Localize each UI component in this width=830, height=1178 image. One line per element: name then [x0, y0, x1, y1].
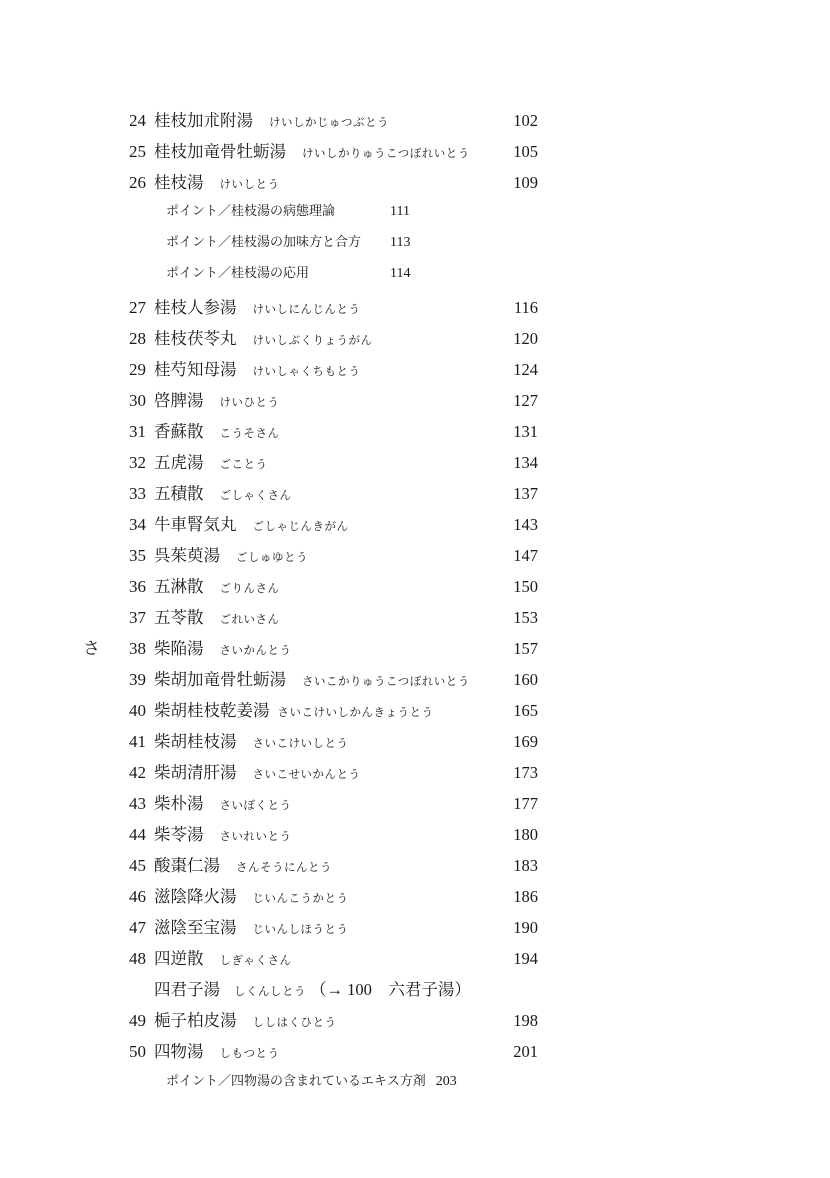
entry-reading: じいんこうかとう — [253, 891, 349, 905]
entry-page: 183 — [513, 852, 538, 880]
toc-entry[interactable]: 25 桂枝加竜骨牡蛎湯けいしかりゅうこつぼれいとう 105 — [0, 138, 830, 166]
entry-reading: さいこかりゅうこつぼれいとう — [302, 674, 470, 688]
subentry-label: ポイント／桂枝湯の加味方と合方 — [166, 229, 361, 257]
entry-name: 滋陰至宝湯じいんしほうとう — [154, 914, 349, 943]
entry-reading: ごしゃじんきがん — [253, 519, 349, 533]
entry-name: 五積散ごしゃくさん — [154, 480, 292, 509]
entry-name: 五虎湯ごことう — [154, 449, 268, 478]
subentry-label: ポイント／四物湯の含まれているエキス方剤203 — [166, 1068, 457, 1096]
toc-entry[interactable]: 45 酸棗仁湯さんそうにんとう 183 — [0, 852, 830, 880]
entry-page: 147 — [513, 542, 538, 570]
subentry-page: 203 — [436, 1074, 457, 1089]
entry-name: 滋陰降火湯じいんこうかとう — [154, 883, 349, 912]
entry-name: 酸棗仁湯さんそうにんとう — [154, 852, 332, 881]
entry-number: 31 — [118, 418, 146, 446]
toc-entry[interactable]: 32 五虎湯ごことう 134 — [0, 449, 830, 477]
entry-page: 120 — [513, 325, 538, 353]
entry-number: 33 — [118, 480, 146, 508]
entry-name: 桂枝茯苓丸けいしぶくりょうがん — [154, 325, 373, 354]
entry-number: 40 — [118, 697, 146, 725]
toc-subentry[interactable]: ポイント／桂枝湯の応用 114 — [0, 260, 830, 288]
entry-page: 180 — [513, 821, 538, 849]
entry-reading: しぎゃくさん — [220, 953, 292, 967]
entry-name: 柴胡加竜骨牡蛎湯さいこかりゅうこつぼれいとう — [154, 666, 470, 695]
entry-page: 198 — [513, 1007, 538, 1035]
entry-number: 37 — [118, 604, 146, 632]
entry-name: 桂枝人参湯けいしにんじんとう — [154, 294, 361, 323]
toc-entry[interactable]: 50 四物湯しもつとう 201 — [0, 1038, 830, 1066]
entry-number: 29 — [118, 356, 146, 384]
entry-reading: けいしにんじんとう — [253, 302, 361, 316]
entry-number: 50 — [118, 1038, 146, 1066]
toc-entry[interactable]: 36 五淋散ごりんさん 150 — [0, 573, 830, 601]
entry-name: 五苓散ごれいさん — [154, 604, 280, 633]
entry-number: 35 — [118, 542, 146, 570]
toc-entry[interactable]: 35 呉茱萸湯ごしゅゆとう 147 — [0, 542, 830, 570]
entry-name: 柴苓湯さいれいとう — [154, 821, 292, 850]
xref-reading: しくんしとう — [234, 984, 306, 998]
entry-reading: さいこけいしかんきょうとう — [278, 705, 434, 719]
entry-reading: しもつとう — [220, 1046, 280, 1060]
toc-entry[interactable]: 30 啓脾湯けいひとう 127 — [0, 387, 830, 415]
entry-reading: さんそうにんとう — [236, 860, 332, 874]
entry-reading: さいこけいしとう — [253, 736, 349, 750]
entry-name: 桂芍知母湯けいしゃくちもとう — [154, 356, 361, 385]
entry-number: 46 — [118, 883, 146, 911]
entry-reading: ししはくひとう — [253, 1015, 337, 1029]
entry-page: 124 — [513, 356, 538, 384]
entry-name: 四物湯しもつとう — [154, 1038, 280, 1067]
entry-number: 28 — [118, 325, 146, 353]
entry-name: 桂枝湯けいしとう — [154, 169, 280, 198]
subentry-page: 113 — [390, 229, 410, 257]
toc-entry[interactable]: 40 柴胡桂枝乾姜湯さいこけいしかんきょうとう 165 — [0, 697, 830, 725]
entry-page: 165 — [513, 697, 538, 725]
entry-page: 160 — [513, 666, 538, 694]
cross-reference: 四君子湯しくんしとう（→ 100 六君子湯） — [154, 976, 471, 1005]
toc-entry[interactable]: 47 滋陰至宝湯じいんしほうとう 190 — [0, 914, 830, 942]
entry-page: 134 — [513, 449, 538, 477]
subentry-label: ポイント／桂枝湯の応用 — [166, 260, 309, 288]
entry-page: 102 — [513, 107, 538, 135]
entry-number: 43 — [118, 790, 146, 818]
entry-reading: けいしとう — [220, 177, 280, 191]
toc-entry[interactable]: 49 梔子柏皮湯ししはくひとう 198 — [0, 1007, 830, 1035]
entry-page: 127 — [513, 387, 538, 415]
toc-subentry[interactable]: ポイント／桂枝湯の病態理論 111 — [0, 198, 830, 226]
toc-subentry[interactable]: ポイント／四物湯の含まれているエキス方剤203 — [0, 1068, 830, 1096]
entry-reading: ごしゃくさん — [220, 488, 292, 502]
toc-entry[interactable]: 46 滋陰降火湯じいんこうかとう 186 — [0, 883, 830, 911]
toc-entry[interactable]: 37 五苓散ごれいさん 153 — [0, 604, 830, 632]
entry-page: 190 — [513, 914, 538, 942]
toc-entry[interactable]: 48 四逆散しぎゃくさん 194 — [0, 945, 830, 973]
entry-number: 42 — [118, 759, 146, 787]
entry-number: 36 — [118, 573, 146, 601]
entry-page: 157 — [513, 635, 538, 663]
toc-entry[interactable]: 41 柴胡桂枝湯さいこけいしとう 169 — [0, 728, 830, 756]
toc-entry[interactable]: 33 五積散ごしゃくさん 137 — [0, 480, 830, 508]
entry-name: 柴胡桂枝湯さいこけいしとう — [154, 728, 349, 757]
entry-page: 105 — [513, 138, 538, 166]
entry-name: 柴陥湯さいかんとう — [154, 635, 292, 664]
entry-reading: けいしかじゅつぶとう — [269, 115, 389, 129]
entry-page: 150 — [513, 573, 538, 601]
toc-entry[interactable]: 39 柴胡加竜骨牡蛎湯さいこかりゅうこつぼれいとう 160 — [0, 666, 830, 694]
entry-name: 梔子柏皮湯ししはくひとう — [154, 1007, 337, 1036]
toc-entry[interactable]: 42 柴胡清肝湯さいこせいかんとう 173 — [0, 759, 830, 787]
entry-number: 27 — [118, 294, 146, 322]
entry-name: 柴胡桂枝乾姜湯さいこけいしかんきょうとう — [154, 697, 434, 726]
entry-page: 169 — [513, 728, 538, 756]
entry-number: 48 — [118, 945, 146, 973]
entry-page: 173 — [513, 759, 538, 787]
entry-reading: さいれいとう — [220, 829, 292, 843]
entry-reading: けいひとう — [220, 395, 280, 409]
entry-reading: ごりんさん — [220, 581, 280, 595]
entry-page: 201 — [513, 1038, 538, 1066]
entry-reading: さいかんとう — [220, 643, 292, 657]
entry-number: 24 — [118, 107, 146, 135]
toc-entry[interactable]: 26 桂枝湯けいしとう 109 — [0, 169, 830, 197]
toc-entry[interactable]: 29 桂芍知母湯けいしゃくちもとう 124 — [0, 356, 830, 384]
entry-page: 116 — [514, 294, 538, 322]
entry-number: 25 — [118, 138, 146, 166]
entry-name: 呉茱萸湯ごしゅゆとう — [154, 542, 308, 571]
section-index-kana: さ — [83, 635, 100, 663]
entry-page: 143 — [513, 511, 538, 539]
toc-entry[interactable]: 27 桂枝人参湯けいしにんじんとう 116 — [0, 294, 830, 322]
entry-reading: ごしゅゆとう — [236, 550, 308, 564]
entry-reading: けいしぶくりょうがん — [253, 333, 373, 347]
entry-name: 啓脾湯けいひとう — [154, 387, 280, 416]
entry-number: 47 — [118, 914, 146, 942]
toc-entry[interactable]: 43 柴朴湯さいぼくとう 177 — [0, 790, 830, 818]
entry-reading: さいぼくとう — [220, 798, 292, 812]
subentry-label: ポイント／桂枝湯の病態理論 — [166, 198, 335, 226]
subentry-page: 114 — [390, 260, 410, 288]
toc-entry[interactable]: 44 柴苓湯さいれいとう 180 — [0, 821, 830, 849]
entry-number: 39 — [118, 666, 146, 694]
entry-number: 41 — [118, 728, 146, 756]
xref-name: 四君子湯 — [154, 980, 220, 999]
entry-name: 柴胡清肝湯さいこせいかんとう — [154, 759, 361, 788]
toc-page: 24 桂枝加朮附湯けいしかじゅつぶとう 102 25 桂枝加竜骨牡蛎湯けいしかり… — [0, 0, 830, 1178]
toc-entry[interactable]: 31 香蘇散こうそさん 131 — [0, 418, 830, 446]
entry-number: 49 — [118, 1007, 146, 1035]
entry-number: 34 — [118, 511, 146, 539]
entry-name: 五淋散ごりんさん — [154, 573, 280, 602]
entry-number: 44 — [118, 821, 146, 849]
entry-name: 牛車腎気丸ごしゃじんきがん — [154, 511, 349, 540]
entry-reading: ごことう — [220, 457, 268, 471]
toc-entry[interactable]: 24 桂枝加朮附湯けいしかじゅつぶとう 102 — [0, 107, 830, 135]
entry-reading: けいしかりゅうこつぼれいとう — [302, 146, 470, 160]
toc-entry[interactable]: さ 38 柴陥湯さいかんとう 157 — [0, 635, 830, 663]
toc-cross-reference[interactable]: 四君子湯しくんしとう（→ 100 六君子湯） — [0, 976, 830, 1004]
toc-subentry[interactable]: ポイント／桂枝湯の加味方と合方 113 — [0, 229, 830, 257]
entry-reading: けいしゃくちもとう — [253, 364, 361, 378]
entry-page: 137 — [513, 480, 538, 508]
subentry-page: 111 — [390, 198, 410, 226]
xref-target: （→ 100 六君子湯） — [310, 980, 471, 999]
entry-page: 177 — [513, 790, 538, 818]
entry-page: 153 — [513, 604, 538, 632]
toc-entry[interactable]: 34 牛車腎気丸ごしゃじんきがん 143 — [0, 511, 830, 539]
entry-reading: ごれいさん — [220, 612, 280, 626]
entry-number: 45 — [118, 852, 146, 880]
entry-number: 38 — [118, 635, 146, 663]
entry-reading: こうそさん — [220, 426, 280, 440]
entry-name: 桂枝加竜骨牡蛎湯けいしかりゅうこつぼれいとう — [154, 138, 470, 167]
entry-page: 194 — [513, 945, 538, 973]
entry-number: 30 — [118, 387, 146, 415]
entry-number: 26 — [118, 169, 146, 197]
entry-name: 四逆散しぎゃくさん — [154, 945, 292, 974]
entry-number: 32 — [118, 449, 146, 477]
entry-name: 香蘇散こうそさん — [154, 418, 280, 447]
entry-reading: さいこせいかんとう — [253, 767, 361, 781]
entry-page: 131 — [513, 418, 538, 446]
entry-page: 109 — [513, 169, 538, 197]
entry-page: 186 — [513, 883, 538, 911]
toc-entry[interactable]: 28 桂枝茯苓丸けいしぶくりょうがん 120 — [0, 325, 830, 353]
entry-name: 柴朴湯さいぼくとう — [154, 790, 292, 819]
entry-name: 桂枝加朮附湯けいしかじゅつぶとう — [154, 107, 389, 136]
entry-reading: じいんしほうとう — [253, 922, 349, 936]
